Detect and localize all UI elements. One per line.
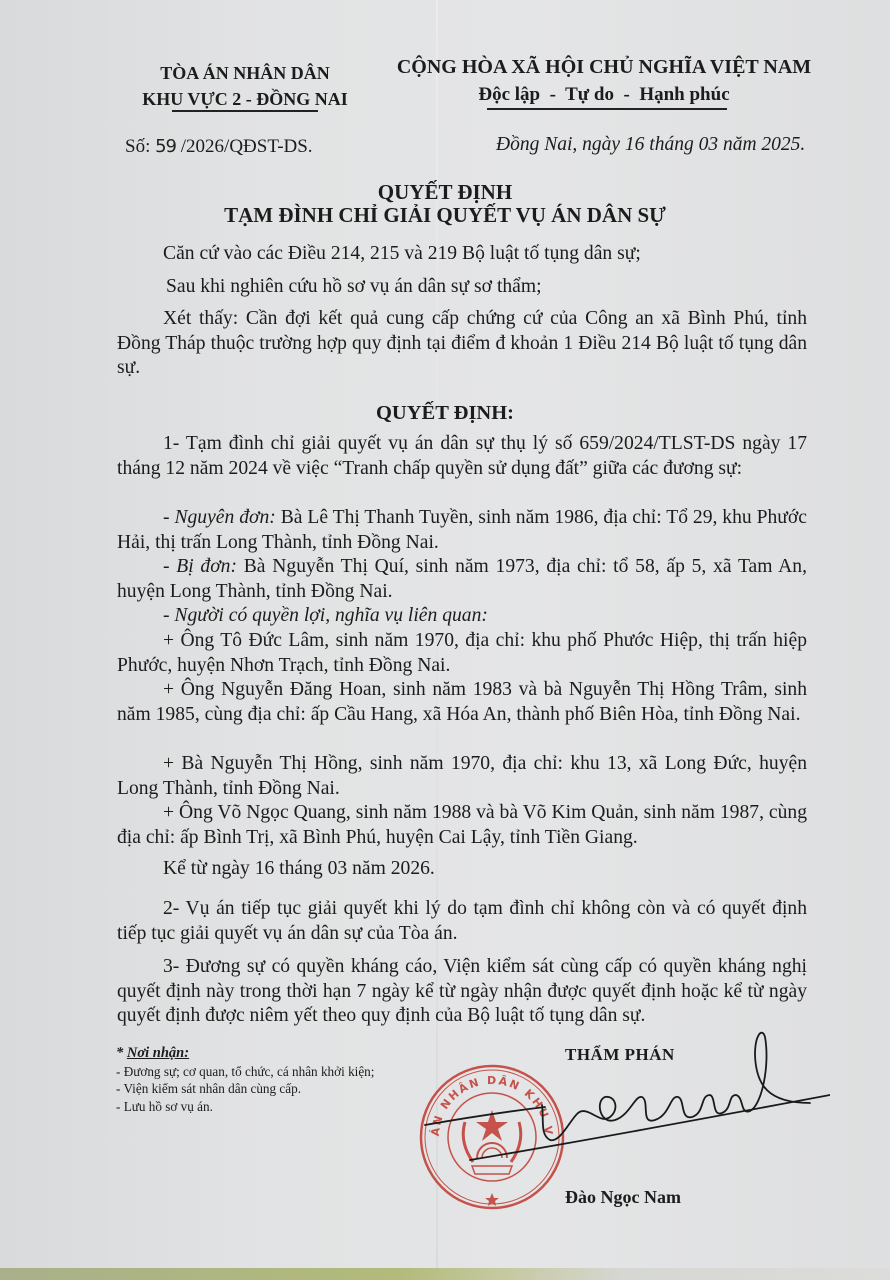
motto-underline — [487, 108, 727, 110]
doc-number-prefix: Số: — [125, 136, 155, 157]
doc-number-suffix: /2026/QĐST-DS. — [176, 136, 313, 157]
court-name-line1: TÒA ÁN NHÂN DÂN — [130, 60, 360, 86]
court-underline — [172, 110, 318, 112]
considering-statement: Xét thấy: Cần đợi kết quả cung cấp chứng… — [117, 307, 807, 381]
legal-basis: Căn cứ vào các Điều 214, 215 và 219 Bộ l… — [163, 242, 813, 267]
signer-name: Đào Ngọc Nam — [565, 1187, 681, 1208]
national-motto: Độc lập - Tự do - Hạnh phúc — [380, 81, 828, 108]
decision-item-3: 3- Đương sự có quyền kháng cáo, Viện kiể… — [117, 955, 807, 1029]
related-party-1: + Ông Tô Đức Lâm, sinh năm 1970, địa chỉ… — [117, 629, 807, 678]
document-subtitle: TẠM ĐÌNH CHỈ GIẢI QUYẾT VỤ ÁN DÂN SỰ — [0, 203, 890, 228]
effective-date: Kể từ ngày 16 tháng 03 năm 2026. — [117, 857, 807, 882]
defendant-label: - Bị đơn: — [163, 556, 237, 577]
recipients-star: * — [116, 1045, 127, 1061]
recipients-heading: * Nơi nhận: — [116, 1045, 374, 1063]
recipient-item: - Viện kiểm sát nhân dân cùng cấp. — [116, 1080, 374, 1098]
nation-name: CỘNG HÒA XÃ HỘI CHỦ NGHĨA VIỆT NAM — [380, 54, 828, 81]
background-surface — [0, 1268, 890, 1280]
plaintiff-entry: - Nguyên đơn: Bà Lê Thị Thanh Tuyền, sin… — [117, 506, 807, 555]
recipient-item: - Đương sự; cơ quan, tổ chức, cá nhân kh… — [116, 1063, 374, 1081]
related-party-4: + Ông Võ Ngọc Quang, sinh năm 1988 và bà… — [117, 801, 807, 850]
national-header: CỘNG HÒA XÃ HỘI CHỦ NGHĨA VIỆT NAM Độc l… — [380, 54, 828, 108]
review-statement: Sau khi nghiên cứu hồ sơ vụ án dân sự sơ… — [166, 275, 816, 300]
decision-item-1: 1- Tạm đình chỉ giải quyết vụ án dân sự … — [117, 432, 807, 481]
related-party-3: + Bà Nguyễn Thị Hồng, sinh năm 1970, địa… — [117, 752, 807, 801]
document-number: Số: 59 /2026/QĐST-DS. — [125, 136, 313, 158]
document-title: QUYẾT ĐỊNH — [0, 180, 890, 205]
recipient-item: - Lưu hồ sơ vụ án. — [116, 1098, 374, 1116]
court-name-line2: KHU VỰC 2 - ĐỒNG NAI — [130, 86, 360, 112]
defendant-entry: - Bị đơn: Bà Nguyễn Thị Quí, sinh năm 19… — [117, 555, 807, 604]
place-date: Đồng Nai, ngày 16 tháng 03 năm 2025. — [496, 134, 805, 156]
doc-number-handwritten: 59 — [155, 136, 176, 157]
court-header: TÒA ÁN NHÂN DÂN KHU VỰC 2 - ĐỒNG NAI — [130, 60, 360, 112]
decision-heading: QUYẾT ĐỊNH: — [0, 401, 890, 426]
related-party-2: + Ông Nguyễn Đăng Hoan, sinh năm 1983 và… — [117, 678, 807, 727]
recipients-heading-text: Nơi nhận: — [127, 1045, 189, 1061]
plaintiff-label: - Nguyên đơn: — [163, 507, 276, 528]
recipients-block: * Nơi nhận: - Đương sự; cơ quan, tổ chức… — [116, 1045, 374, 1115]
decision-item-2: 2- Vụ án tiếp tục giải quyết khi lý do t… — [117, 897, 807, 946]
related-parties-label: - Người có quyền lợi, nghĩa vụ liên quan… — [117, 604, 807, 629]
